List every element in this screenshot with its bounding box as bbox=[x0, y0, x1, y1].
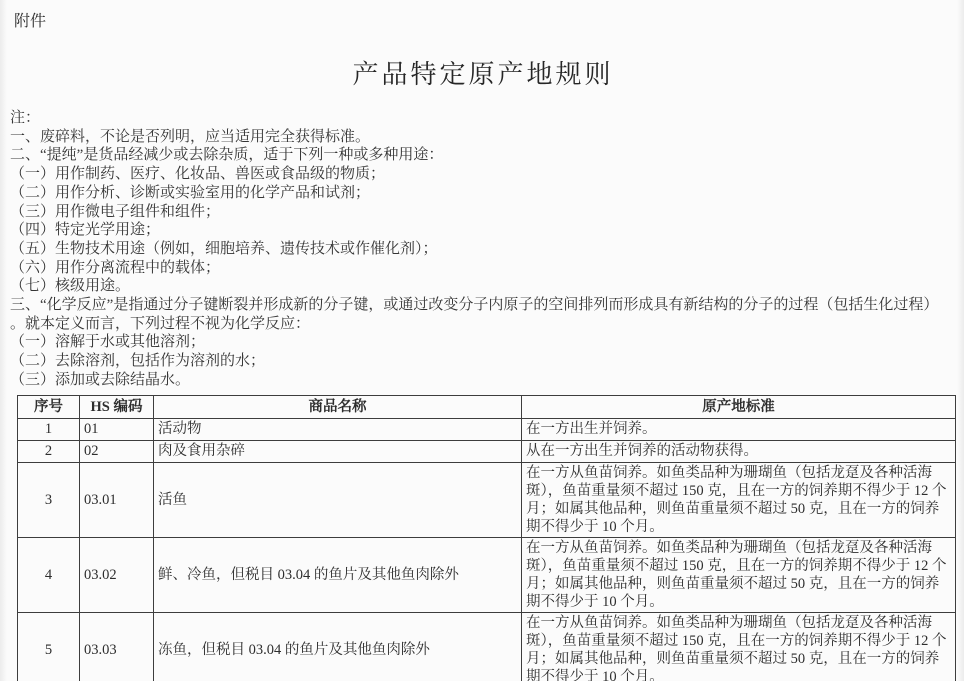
note-line-12: （一）溶解于水或其他溶剂； bbox=[10, 333, 956, 352]
notes-heading: 注： bbox=[10, 109, 956, 128]
cell-seq: 1 bbox=[18, 418, 80, 440]
cell-hs-code: 03.02 bbox=[80, 537, 154, 612]
note-line-2: 二、“提纯”是货品经减少或去除杂质，适于下列一种或多种用途： bbox=[10, 146, 956, 165]
scan-edge-shade-right bbox=[957, 0, 964, 681]
note-line-6: （四）特定光学用途； bbox=[10, 221, 956, 240]
cell-product-name: 活动物 bbox=[154, 418, 522, 440]
cell-product-name: 鲜、冷鱼，但税目 03.04 的鱼片及其他鱼肉除外 bbox=[154, 537, 522, 612]
note-line-10: 三、“化学反应”是指通过分子键断裂并形成新的分子键，或通过改变分子内原子的空间排… bbox=[10, 296, 956, 315]
note-line-9: （七）核级用途。 bbox=[10, 277, 956, 296]
col-header-origin-standard: 原产地标准 bbox=[522, 395, 956, 418]
note-line-4: （二）用作分析、诊断或实验室用的化学产品和试剂； bbox=[10, 184, 956, 203]
table-row-4: 4 03.02 鲜、冷鱼，但税目 03.04 的鱼片及其他鱼肉除外 在一方从鱼苗… bbox=[18, 537, 956, 612]
notes-section: 注： 一、废碎料，不论是否列明，应当适用完全获得标准。 二、“提纯”是货品经减少… bbox=[10, 109, 956, 390]
cell-origin-standard: 在一方出生并饲养。 bbox=[522, 418, 956, 440]
scan-edge-shade-left bbox=[0, 0, 7, 681]
cell-product-name: 活鱼 bbox=[154, 462, 522, 537]
table-row-1: 1 01 活动物 在一方出生并饲养。 bbox=[18, 418, 956, 440]
document-page: 附件 产品特定原产地规则 注： 一、废碎料，不论是否列明，应当适用完全获得标准。… bbox=[0, 0, 964, 681]
col-header-seq: 序号 bbox=[18, 395, 80, 418]
note-line-8: （六）用作分离流程中的载体； bbox=[10, 259, 956, 278]
cell-seq: 4 bbox=[18, 537, 80, 612]
note-line-5: （三）用作微电子组件和组件； bbox=[10, 203, 956, 222]
note-line-3: （一）用作制药、医疗、化妆品、兽医或食品级的物质； bbox=[10, 165, 956, 184]
table-row-5: 5 03.03 冻鱼，但税目 03.04 的鱼片及其他鱼肉除外 在一方从鱼苗饲养… bbox=[18, 612, 956, 681]
cell-origin-standard: 在一方从鱼苗饲养。如鱼类品种为珊瑚鱼（包括龙趸及各种活海斑），鱼苗重量须不超过 … bbox=[522, 612, 956, 681]
table-row-3: 3 03.01 活鱼 在一方从鱼苗饲养。如鱼类品种为珊瑚鱼（包括龙趸及各种活海斑… bbox=[18, 462, 956, 537]
cell-hs-code: 03.01 bbox=[80, 462, 154, 537]
rules-table: 序号 HS 编码 商品名称 原产地标准 1 01 活动物 在一方出生并饲养。 2… bbox=[17, 395, 956, 681]
table-header-row: 序号 HS 编码 商品名称 原产地标准 bbox=[18, 395, 956, 418]
col-header-hs-code: HS 编码 bbox=[80, 395, 154, 418]
cell-hs-code: 02 bbox=[80, 440, 154, 462]
cell-origin-standard: 从在一方出生并饲养的活动物获得。 bbox=[522, 440, 956, 462]
note-line-11: 。就本定义而言，下列过程不视为化学反应： bbox=[10, 315, 956, 334]
note-line-7: （五）生物技术用途（例如，细胞培养、遗传技术或作催化剂）； bbox=[10, 240, 956, 259]
attachment-label: 附件 bbox=[14, 12, 956, 32]
cell-hs-code: 03.03 bbox=[80, 612, 154, 681]
cell-seq: 5 bbox=[18, 612, 80, 681]
col-header-product-name: 商品名称 bbox=[154, 395, 522, 418]
cell-seq: 3 bbox=[18, 462, 80, 537]
note-line-13: （二）去除溶剂，包括作为溶剂的水； bbox=[10, 352, 956, 371]
cell-product-name: 肉及食用杂碎 bbox=[154, 440, 522, 462]
note-line-1: 一、废碎料，不论是否列明，应当适用完全获得标准。 bbox=[10, 128, 956, 147]
cell-origin-standard: 在一方从鱼苗饲养。如鱼类品种为珊瑚鱼（包括龙趸及各种活海斑），鱼苗重量须不超过 … bbox=[522, 462, 956, 537]
note-line-14: （三）添加或去除结晶水。 bbox=[10, 371, 956, 390]
cell-origin-standard: 在一方从鱼苗饲养。如鱼类品种为珊瑚鱼（包括龙趸及各种活海斑），鱼苗重量须不超过 … bbox=[522, 537, 956, 612]
page-title: 产品特定原产地规则 bbox=[10, 54, 956, 91]
table-row-2: 2 02 肉及食用杂碎 从在一方出生并饲养的活动物获得。 bbox=[18, 440, 956, 462]
cell-seq: 2 bbox=[18, 440, 80, 462]
cell-hs-code: 01 bbox=[80, 418, 154, 440]
cell-product-name: 冻鱼，但税目 03.04 的鱼片及其他鱼肉除外 bbox=[154, 612, 522, 681]
